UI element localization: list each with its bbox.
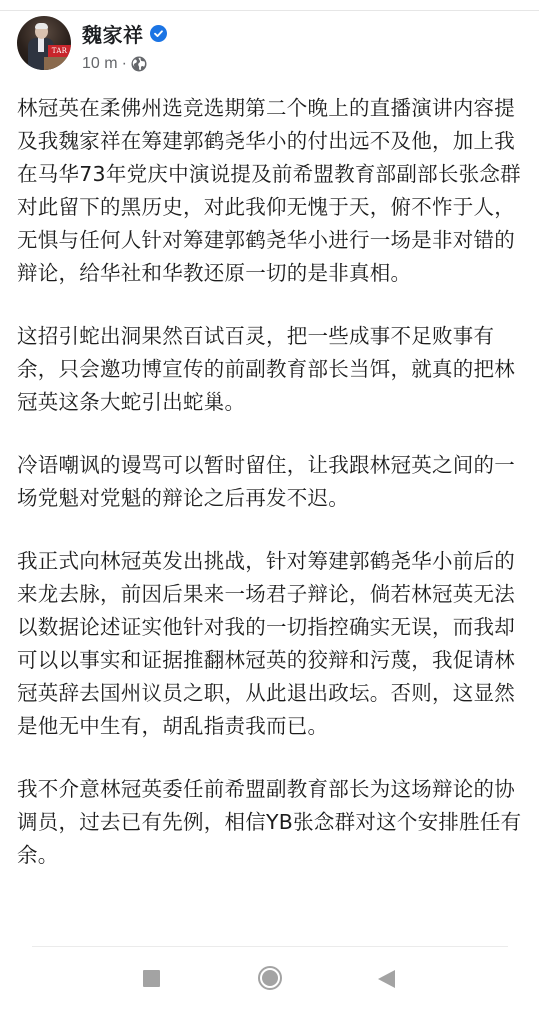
meta-separator: · — [122, 55, 127, 73]
post-meta: 10 m · — [82, 52, 167, 76]
top-divider — [0, 10, 539, 11]
post-paragraph: 我正式向林冠英发出挑战，针对筹建郭鹤尧华小前后的来龙去脉，前因后果来一场君子辩论… — [17, 545, 525, 743]
home-button-circle-icon[interactable] — [258, 966, 282, 990]
post-body: 林冠英在柔佛州选竞选期第二个晚上的直播演讲内容提及我魏家祥在筹建郭鹤尧华小的付出… — [17, 92, 525, 902]
avatar-person-shirt — [38, 38, 44, 52]
name-row: 魏家祥 — [82, 16, 167, 50]
globe-icon[interactable] — [131, 56, 147, 72]
bottom-divider — [32, 946, 508, 947]
avatar-podium — [44, 57, 71, 70]
post-paragraph: 这招引蛇出洞果然百试百灵，把一些成事不足败事有余，只会邀功博宣传的前副教育部长当… — [17, 320, 525, 419]
avatar-podium-sign: TAR — [48, 45, 71, 57]
post-paragraph: 冷语嘲讽的谩骂可以暂时留住，让我跟林冠英之间的一场党魁对党魁的辩论之后再发不迟。 — [17, 449, 525, 515]
author-avatar[interactable]: TAR — [17, 16, 71, 70]
home-inner-circle-icon — [262, 970, 278, 986]
recents-button-square-icon[interactable] — [143, 970, 160, 987]
back-button-triangle-icon[interactable] — [378, 970, 395, 988]
avatar-person-hair — [35, 23, 48, 29]
post-header: TAR 魏家祥 10 m · — [17, 16, 167, 72]
post-paragraph: 我不介意林冠英委任前希盟副教育部长为这场辩论的协调员，过去已有先例，相信YB张念… — [17, 773, 525, 872]
author-name[interactable]: 魏家祥 — [82, 19, 144, 48]
post-timestamp[interactable]: 10 m — [82, 55, 118, 73]
checkmark-icon — [153, 28, 164, 39]
verified-badge-icon — [150, 25, 167, 42]
header-text: 魏家祥 10 m · — [82, 16, 167, 76]
post-paragraph: 林冠英在柔佛州选竞选期第二个晚上的直播演讲内容提及我魏家祥在筹建郭鹤尧华小的付出… — [17, 92, 525, 290]
android-navigation-bar — [0, 955, 539, 1001]
